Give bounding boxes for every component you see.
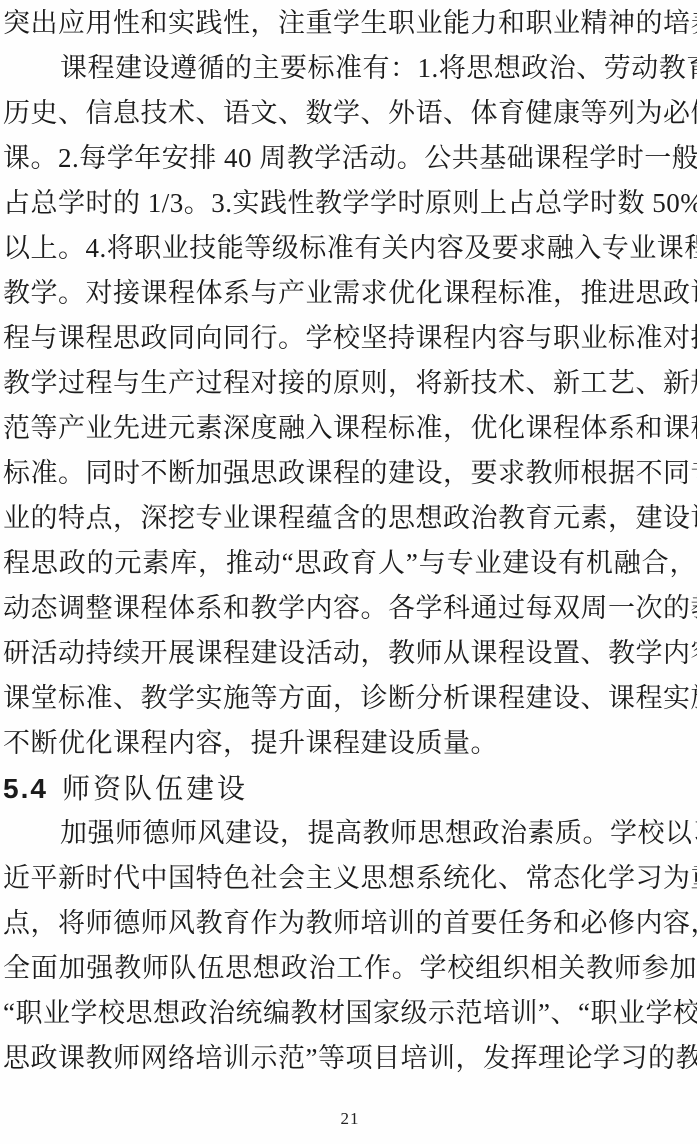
text-line: 占总学时的 1/3。3.实践性教学学时原则上占总学时数 50% — [3, 181, 697, 226]
text-line: 课程建设遵循的主要标准有：1.将思想政治、劳动教育、 — [3, 46, 697, 91]
text-line: 程与课程思政同向同行。学校坚持课程内容与职业标准对接， — [3, 316, 697, 361]
text-line: 课。2.每学年安排 40 周教学活动。公共基础课程学时一般 — [3, 136, 697, 181]
page-number: 21 — [3, 1107, 697, 1131]
text-line: 教学过程与生产过程对接的原则，将新技术、新工艺、新规 — [3, 361, 697, 406]
text-line: 范等产业先进元素深度融入课程标准，优化课程体系和课程 — [3, 406, 697, 451]
text-line: 近平新时代中国特色社会主义思想系统化、常态化学习为重 — [3, 856, 697, 901]
text-line: 教学。对接课程体系与产业需求优化课程标准，推进思政课 — [3, 271, 697, 316]
text-line: 历史、信息技术、语文、数学、外语、体育健康等列为必修 — [3, 91, 697, 136]
text-line: 全面加强教师队伍思想政治工作。学校组织相关教师参加 — [3, 946, 697, 991]
text-line: 点，将师德师风教育作为教师培训的首要任务和必修内容， — [3, 901, 697, 946]
text-line: 研活动持续开展课程建设活动，教师从课程设置、教学内容、 — [3, 631, 697, 676]
text-line: 标准。同时不断加强思政课程的建设，要求教师根据不同专 — [3, 451, 697, 496]
section-title: 师资队伍建设 — [62, 774, 248, 805]
text-line: 以上。4.将职业技能等级标准有关内容及要求融入专业课程 — [3, 226, 697, 271]
text-line: 思政课教师网络培训示范”等项目培训，发挥理论学习的教 — [3, 1036, 697, 1081]
text-line: “职业学校思想政治统编教材国家级示范培训”、“职业学校 — [3, 991, 697, 1036]
text-line: 加强师德师风建设，提高教师思想政治素质。学校以习 — [3, 811, 697, 856]
text-line: 突出应用性和实践性，注重学生职业能力和职业精神的培养。 — [3, 1, 697, 46]
text-line: 业的特点，深挖专业课程蕴含的思想政治教育元素，建设课 — [3, 496, 697, 541]
section-heading: 5.4师资队伍建设 — [3, 766, 697, 811]
section-number: 5.4 — [3, 773, 48, 804]
text-line: 动态调整课程体系和教学内容。各学科通过每双周一次的教 — [3, 586, 697, 631]
text-line: 程思政的元素库，推动“思政育人”与专业建设有机融合， — [3, 541, 697, 586]
text-line: 不断优化课程内容，提升课程建设质量。 — [3, 721, 697, 766]
document-page: 突出应用性和实践性，注重学生职业能力和职业精神的培养。 课程建设遵循的主要标准有… — [0, 0, 700, 1144]
text-line: 课堂标准、教学实施等方面，诊断分析课程建设、课程实施， — [3, 676, 697, 721]
